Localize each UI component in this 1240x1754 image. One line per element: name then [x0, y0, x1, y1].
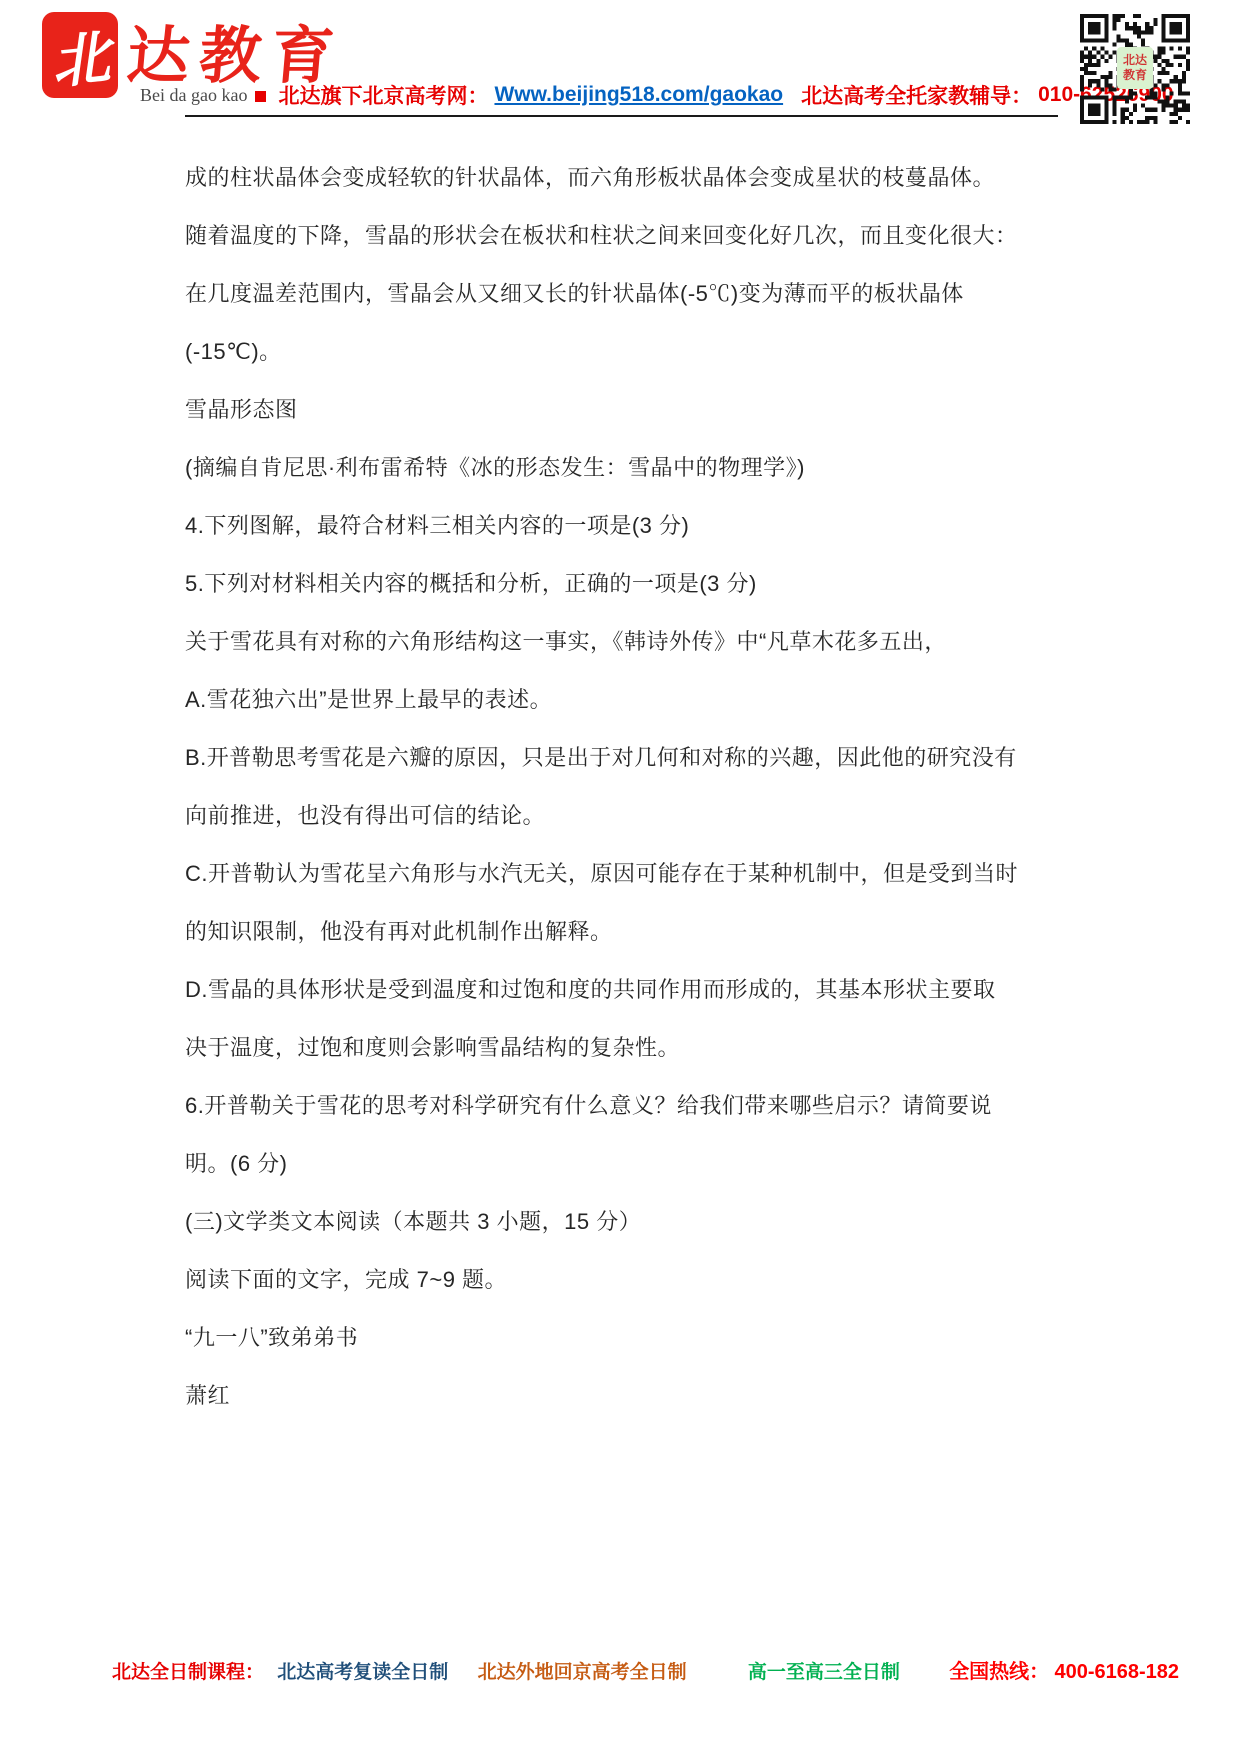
option-d-line2: 决于温度，过饱和度则会影响雪晶结构的复杂性。	[185, 1019, 1175, 1077]
footer-hotline-label: 全国热线：	[949, 1661, 1049, 1683]
footer-course-fulltime: 高一至高三全日制	[748, 1662, 900, 1683]
brand-seal-character: 北	[47, 10, 113, 100]
brand-subtitle: Bei da gao kao	[140, 85, 247, 106]
option-a-line1: 关于雪花具有对称的六角形结构这一事实，《韩诗外传》中“凡草木花多五出，	[185, 613, 1175, 671]
qr-center-badge: 北达 教育	[1117, 47, 1153, 89]
passage-title: “九一八”致弟弟书	[185, 1309, 1175, 1367]
qr-badge-line1: 北达	[1123, 53, 1147, 68]
document-line: (-15℃)。	[185, 323, 1175, 381]
footer-hotline-number: 400-6168-182	[1054, 1661, 1179, 1683]
gaokao-site-link[interactable]: Www.beijing518.com/gaokao	[494, 83, 783, 107]
brand-seal-logo: 北	[44, 14, 116, 96]
footer: 北达全日制课程： 北达高考复读全日制 北达外地回京高考全日制 高一至高三全日制 …	[112, 1655, 1192, 1684]
option-c-line2: 的知识限制，他没有再对此机制作出解释。	[185, 903, 1175, 961]
question-4: 4.下列图解，最符合材料三相关内容的一项是(3 分)	[185, 497, 1175, 555]
option-c-line1: C.开普勒认为雪花呈六角形与水汽无关，原因可能存在于某种机制中，但是受到当时	[185, 845, 1175, 903]
question-6-line1: 6.开普勒关于雪花的思考对科学研究有什么意义？给我们带来哪些启示？请简要说	[185, 1077, 1175, 1135]
question-5: 5.下列对材料相关内容的概括和分析，正确的一项是(3 分)	[185, 555, 1175, 613]
header-subline: Bei da gao kao 北达旗下北京高考网： Www.beijing518…	[140, 80, 1174, 110]
footer-courses-label: 北达全日制课程：	[112, 1662, 264, 1683]
tutor-label: 北达高考全托家教辅导：	[801, 80, 1032, 110]
reading-instruction: 阅读下面的文字，完成 7~9 题。	[185, 1251, 1175, 1309]
footer-course-return: 北达外地回京高考全日制	[478, 1662, 687, 1683]
option-d-line1: D.雪晶的具体形状是受到温度和过饱和度的共同作用而形成的，其基本形状主要取	[185, 961, 1175, 1019]
document-body: 成的柱状晶体会变成轻软的针状晶体，而六角形板状晶体会变成星状的枝蔓晶体。 随着温…	[185, 149, 1175, 1425]
document-line: 随着温度的下降，雪晶的形状会在板状和柱状之间来回变化好几次，而且变化很大：	[185, 207, 1175, 265]
square-bullet-icon	[255, 91, 266, 102]
site-label: 北达旗下北京高考网：	[278, 80, 488, 110]
source-attribution: (摘编自肯尼思·利布雷希特《冰的形态发生：雪晶中的物理学》)	[185, 439, 1175, 497]
figure-caption: 雪晶形态图	[185, 381, 1175, 439]
question-6-line2: 明。(6 分)	[185, 1135, 1175, 1193]
qr-badge-line2: 教育	[1123, 68, 1147, 83]
document-page: { "header": { "logo": { "seal_char": "北"…	[0, 0, 1240, 1754]
passage-author: 萧红	[185, 1367, 1175, 1425]
header-divider	[185, 115, 1058, 117]
option-b-line1: B.开普勒思考雪花是六瓣的原因，只是出于对几何和对称的兴趣，因此他的研究没有	[185, 729, 1175, 787]
qr-code: 北达 教育	[1076, 14, 1194, 124]
section-heading: (三)文学类文本阅读（本题共 3 小题，15 分）	[185, 1193, 1175, 1251]
document-line: 成的柱状晶体会变成轻软的针状晶体，而六角形板状晶体会变成星状的枝蔓晶体。	[185, 149, 1175, 207]
option-a-line2: A.雪花独六出”是世界上最早的表述。	[185, 671, 1175, 729]
footer-course-repeat: 北达高考复读全日制	[277, 1662, 448, 1683]
option-b-line2: 向前推进，也没有得出可信的结论。	[185, 787, 1175, 845]
document-line: 在几度温差范围内，雪晶会从又细又长的针状晶体(-5℃)变为薄而平的板状晶体	[185, 265, 1175, 323]
